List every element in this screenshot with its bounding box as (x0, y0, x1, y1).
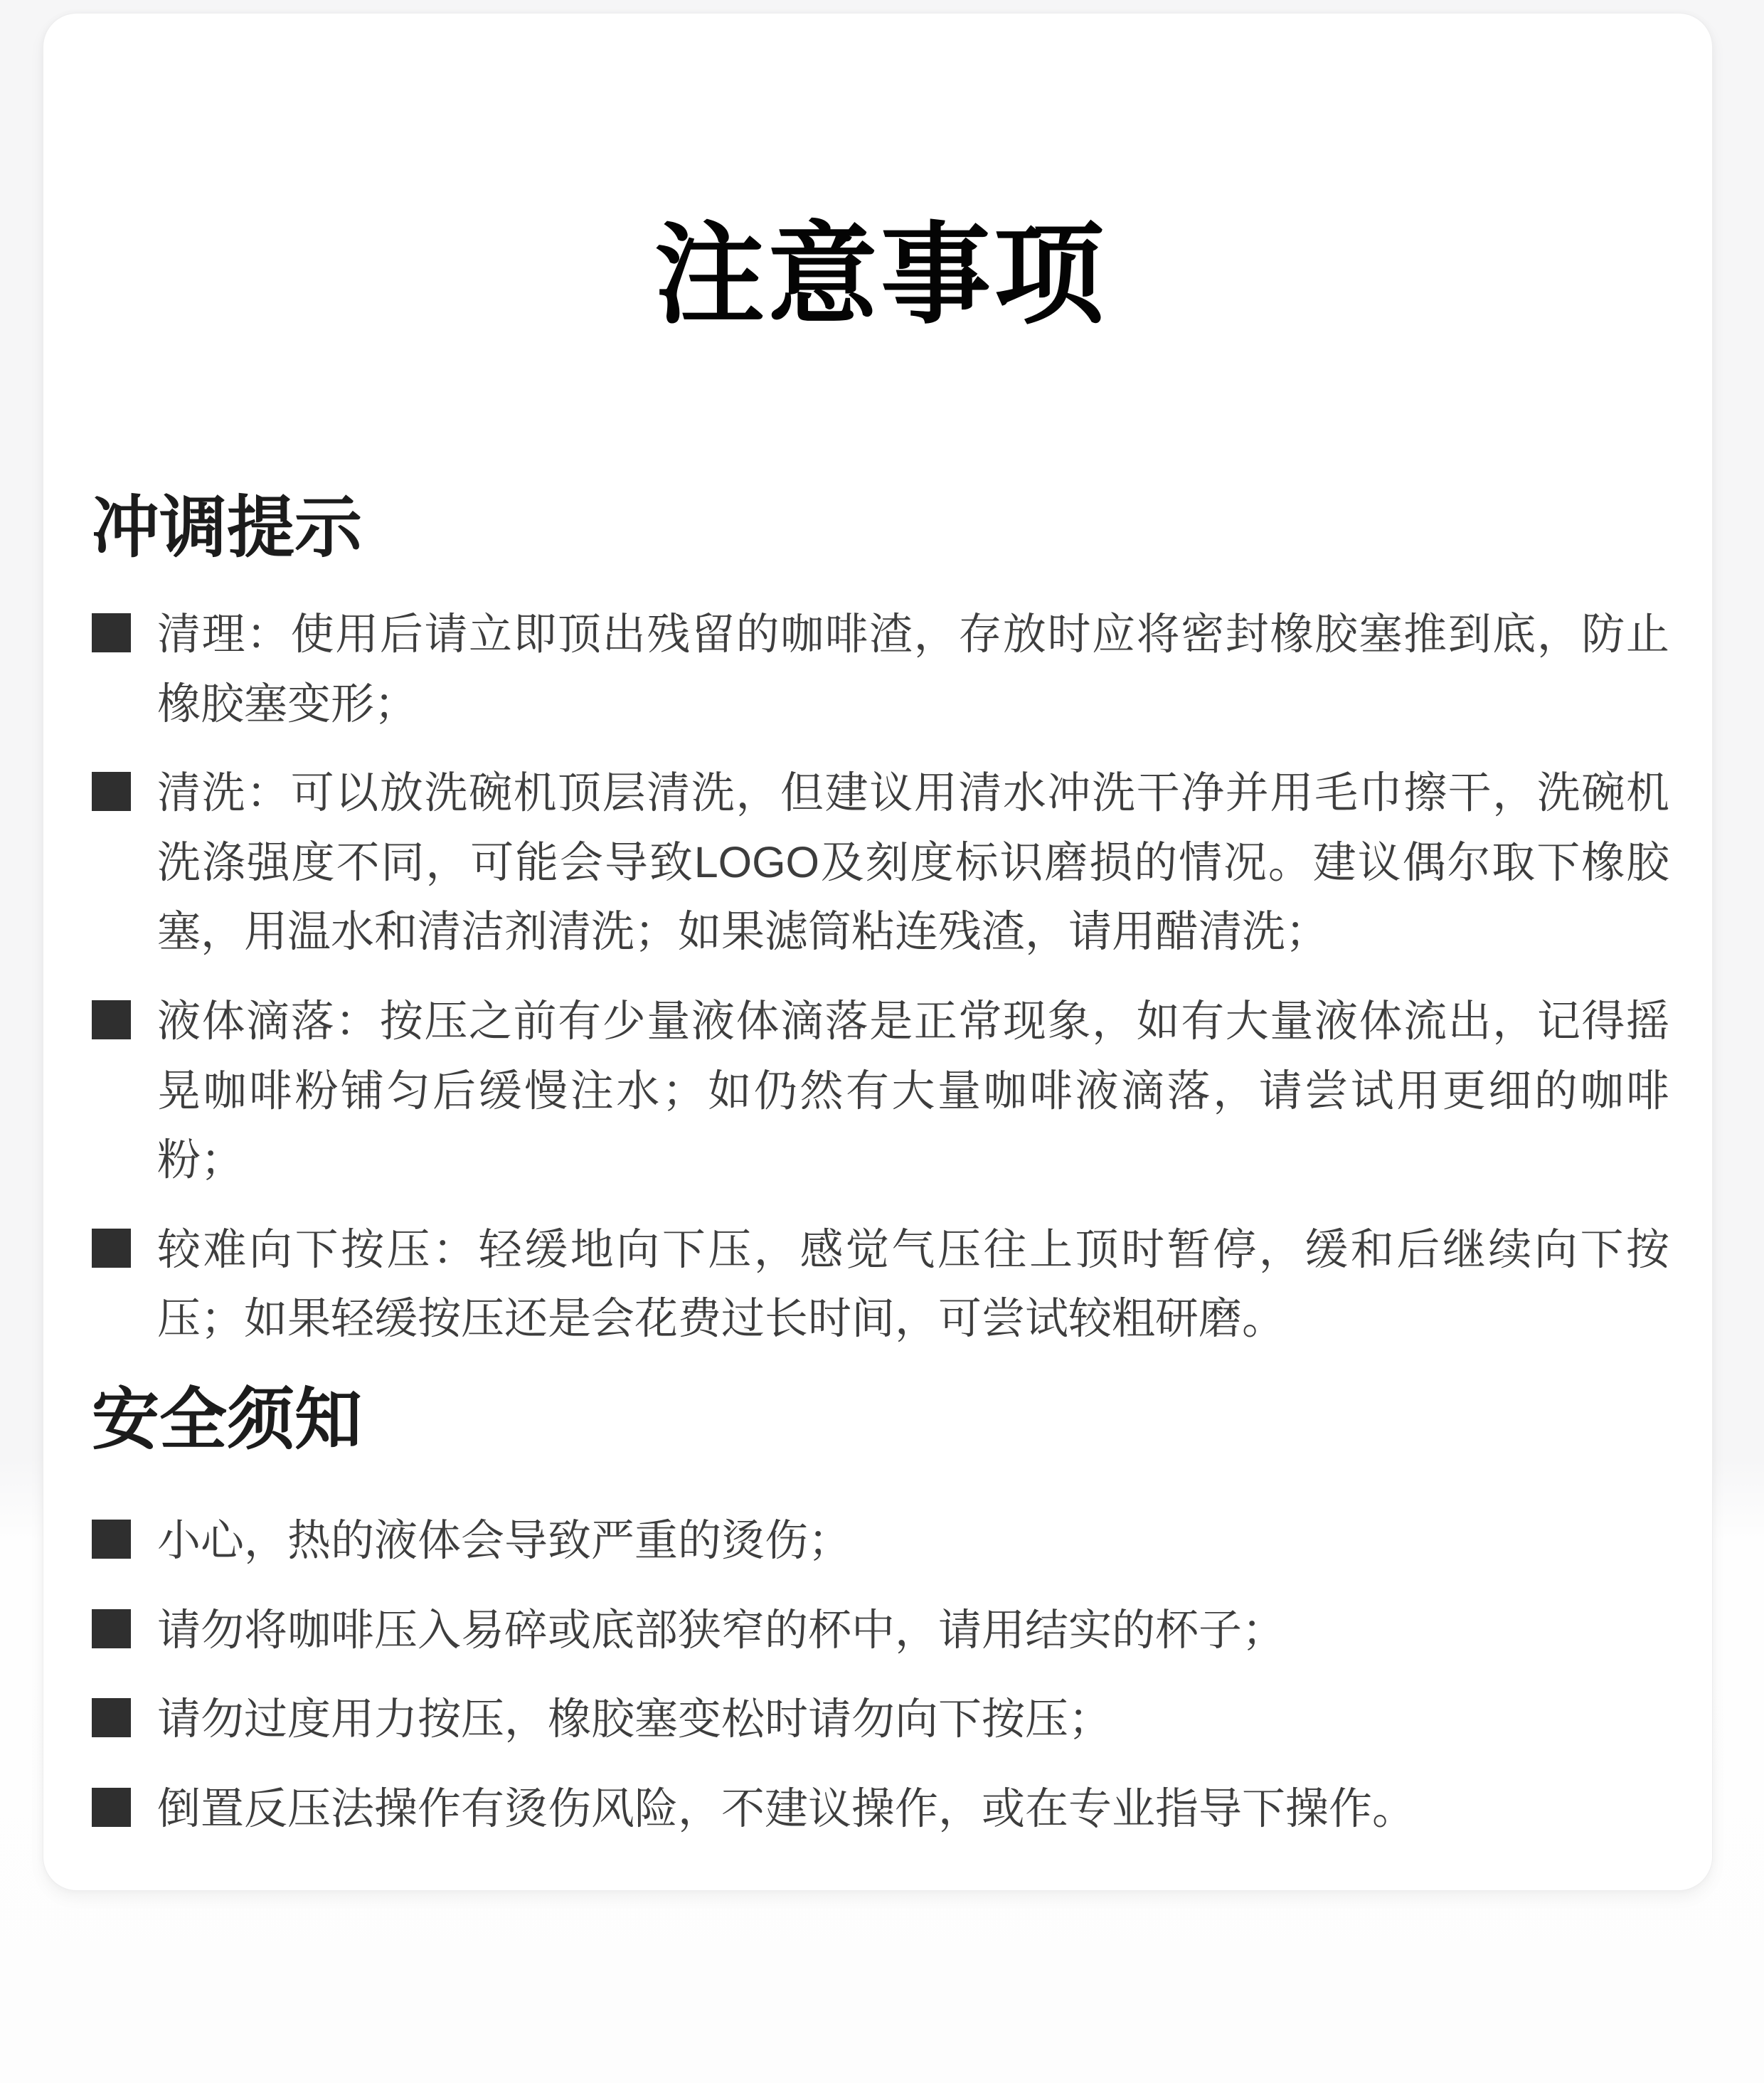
bullet-square-icon (92, 1000, 131, 1039)
list-item: 较难向下按压：轻缓地向下压，感觉气压往上顶时暂停，缓和后继续向下按压；如果轻缓按… (92, 1215, 1669, 1354)
bullet-square-icon (92, 613, 131, 652)
bullet-square-icon (92, 1698, 131, 1737)
precautions-card: 注意事项 冲调提示 清理：使用后请立即顶出残留的咖啡渣，存放时应将密封橡胶塞推到… (43, 13, 1713, 1891)
list-item-text: 请勿过度用力按压，橡胶塞变松时请勿向下按压； (157, 1685, 1669, 1754)
safety-notice-list: 小心，热的液体会导致严重的烫伤； 请勿将咖啡压入易碎或底部狭窄的杯中，请用结实的… (92, 1506, 1669, 1843)
list-item: 清洗：可以放洗碗机顶层清洗，但建议用清水冲洗干净并用毛巾擦干，洗碗机洗涤强度不同… (92, 758, 1669, 967)
page-title: 注意事项 (92, 209, 1669, 341)
brewing-tips-list: 清理：使用后请立即顶出残留的咖啡渣，存放时应将密封橡胶塞推到底，防止橡胶塞变形；… (92, 600, 1669, 1354)
list-item-text: 较难向下按压：轻缓地向下压，感觉气压往上顶时暂停，缓和后继续向下按压；如果轻缓按… (157, 1215, 1669, 1354)
section-heading-brewing-tips: 冲调提示 (92, 487, 1669, 568)
list-item-text: 小心，热的液体会导致严重的烫伤； (157, 1506, 1669, 1576)
list-item: 小心，热的液体会导致严重的烫伤； (92, 1506, 1669, 1576)
list-item: 请勿将咖啡压入易碎或底部狭窄的杯中，请用结实的杯子； (92, 1596, 1669, 1665)
section-heading-safety-notice: 安全须知 (92, 1379, 1669, 1461)
list-item-text: 液体滴落：按压之前有少量液体滴落是正常现象，如有大量液体流出，记得摇晃咖啡粉铺匀… (157, 987, 1669, 1195)
bullet-square-icon (92, 1609, 131, 1648)
list-item-text: 倒置反压法操作有烫伤风险，不建议操作，或在专业指导下操作。 (157, 1774, 1669, 1844)
list-item-text: 请勿将咖啡压入易碎或底部狭窄的杯中，请用结实的杯子； (157, 1596, 1669, 1665)
bullet-square-icon (92, 1520, 131, 1559)
bullet-square-icon (92, 772, 131, 811)
list-item-text: 清洗：可以放洗碗机顶层清洗，但建议用清水冲洗干净并用毛巾擦干，洗碗机洗涤强度不同… (157, 758, 1669, 967)
list-item: 清理：使用后请立即顶出残留的咖啡渣，存放时应将密封橡胶塞推到底，防止橡胶塞变形； (92, 600, 1669, 738)
bullet-square-icon (92, 1229, 131, 1268)
list-item-text: 清理：使用后请立即顶出残留的咖啡渣，存放时应将密封橡胶塞推到底，防止橡胶塞变形； (157, 600, 1669, 738)
bullet-square-icon (92, 1788, 131, 1827)
list-item: 请勿过度用力按压，橡胶塞变松时请勿向下按压； (92, 1685, 1669, 1754)
list-item: 倒置反压法操作有烫伤风险，不建议操作，或在专业指导下操作。 (92, 1774, 1669, 1844)
list-item: 液体滴落：按压之前有少量液体滴落是正常现象，如有大量液体流出，记得摇晃咖啡粉铺匀… (92, 987, 1669, 1195)
